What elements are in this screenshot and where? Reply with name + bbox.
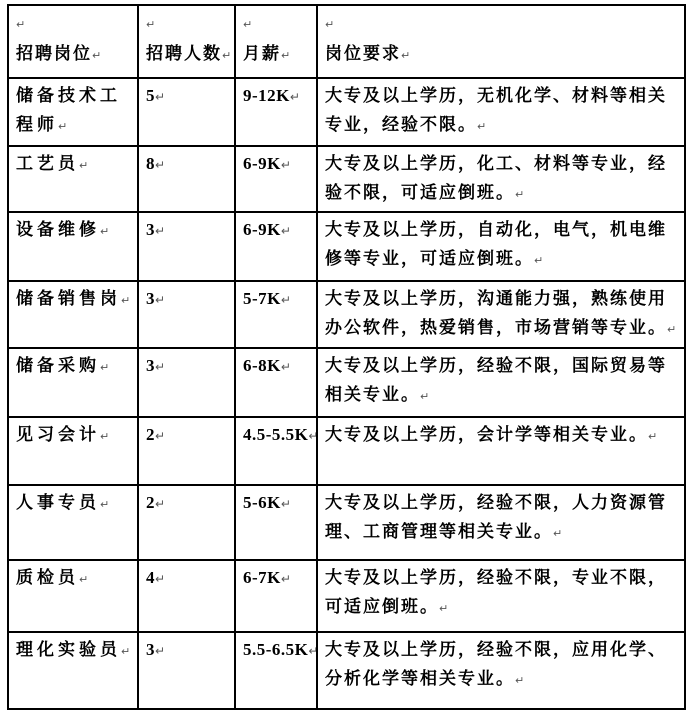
return-mark-icon: ↵ [79, 573, 88, 586]
requirements-cell: 大专及以上学历，会计学等相关专业。↵ [317, 417, 685, 485]
headcount-text: 3 [146, 640, 155, 659]
salary-text: 6-9K [243, 154, 281, 173]
return-mark-icon: ↵ [439, 602, 448, 615]
requirements-cell: 大专及以上学历，经验不限，应用化学、分析化学等相关专业。↵ [317, 632, 685, 709]
header-cell-headcount: ↵ 招聘人数↵ [138, 5, 235, 78]
position-cell: 储备销售岗↵ [8, 281, 138, 348]
table-row: 见习会计↵ 2↵ 4.5-5.5K↵ 大专及以上学历，会计学等相关专业。↵ [8, 417, 685, 485]
salary-cell: 9-12K↵ [235, 78, 317, 146]
salary-cell: 6-7K↵ [235, 560, 317, 632]
return-mark-icon: ↵ [79, 159, 88, 172]
return-mark-icon: ↵ [16, 18, 25, 31]
requirements-text: 大专及以上学历，自动化，电气，机电维修等专业，可适应倒班。 [325, 220, 667, 268]
return-mark-icon: ↵ [222, 49, 231, 62]
return-mark-icon: ↵ [648, 430, 657, 443]
table-row: 工艺员↵ 8↵ 6-9K↵ 大专及以上学历，化工、材料等专业，经验不限，可适应倒… [8, 146, 685, 212]
salary-text: 4.5-5.5K [243, 425, 308, 444]
return-mark-icon: ↵ [281, 49, 290, 62]
return-mark-icon: ↵ [325, 18, 334, 31]
header-label-position: 招聘岗位 [16, 44, 92, 63]
return-mark-icon: ↵ [515, 188, 524, 201]
salary-text: 5-7K [243, 289, 281, 308]
requirements-text: 大专及以上学历，无机化学、材料等相关专业，经验不限。 [325, 86, 667, 134]
header-cell-position: ↵ 招聘岗位↵ [8, 5, 138, 78]
headcount-text: 2 [146, 425, 155, 444]
requirements-cell: 大专及以上学历，经验不限，专业不限，可适应倒班。↵ [317, 560, 685, 632]
return-mark-icon: ↵ [420, 390, 429, 403]
return-mark-icon: ↵ [515, 674, 524, 687]
position-text: 质检员 [16, 568, 79, 587]
headcount-cell: 2↵ [138, 417, 235, 485]
requirements-cell: 大专及以上学历，沟通能力强，熟练使用办公软件，热爱销售，市场营销等专业。↵ [317, 281, 685, 348]
table-row: 储备销售岗↵ 3↵ 5-7K↵ 大专及以上学历，沟通能力强，熟练使用办公软件，热… [8, 281, 685, 348]
return-mark-icon: ↵ [155, 497, 165, 511]
return-mark-icon: ↵ [100, 361, 109, 374]
return-mark-icon: ↵ [281, 497, 291, 511]
table-row: 质检员↵ 4↵ 6-7K↵ 大专及以上学历，经验不限，专业不限，可适应倒班。↵ [8, 560, 685, 632]
salary-text: 6-7K [243, 568, 281, 587]
return-mark-icon: ↵ [553, 527, 562, 540]
header-label-salary: 月薪 [243, 44, 281, 63]
requirements-text: 大专及以上学历，化工、材料等专业，经验不限，可适应倒班。 [325, 154, 667, 202]
return-mark-icon: ↵ [243, 18, 252, 31]
return-mark-icon: ↵ [155, 158, 165, 172]
headcount-text: 3 [146, 356, 155, 375]
return-mark-icon: ↵ [155, 644, 165, 658]
salary-cell: 5-7K↵ [235, 281, 317, 348]
recruitment-table: ↵ 招聘岗位↵ ↵ 招聘人数↵ ↵ 月薪↵ ↵ 岗位要求↵ 储备技术工程师↵ [7, 4, 686, 710]
requirements-text: 大专及以上学历，经验不限，人力资源管理、工商管理等相关专业。 [325, 493, 667, 541]
table-row: 储备技术工程师↵ 5↵ 9-12K↵ 大专及以上学历，无机化学、材料等相关专业，… [8, 78, 685, 146]
position-text: 人事专员 [16, 493, 100, 512]
return-mark-icon: ↵ [401, 49, 410, 62]
header-cell-salary: ↵ 月薪↵ [235, 5, 317, 78]
return-mark-icon: ↵ [121, 294, 130, 307]
headcount-text: 3 [146, 289, 155, 308]
return-mark-icon: ↵ [308, 429, 317, 443]
salary-text: 6-9K [243, 220, 281, 239]
return-mark-icon: ↵ [146, 18, 155, 31]
position-text: 储备技术工程师 [16, 86, 121, 134]
return-mark-icon: ↵ [121, 645, 130, 658]
header-label-requirements: 岗位要求 [325, 44, 401, 63]
return-mark-icon: ↵ [155, 293, 165, 307]
return-mark-icon: ↵ [308, 644, 317, 658]
headcount-cell: 4↵ [138, 560, 235, 632]
requirements-cell: 大专及以上学历，化工、材料等专业，经验不限，可适应倒班。↵ [317, 146, 685, 212]
requirements-text: 大专及以上学历，经验不限，应用化学、分析化学等相关专业。 [325, 640, 667, 688]
return-mark-icon: ↵ [281, 360, 291, 374]
position-cell: 见习会计↵ [8, 417, 138, 485]
position-cell: 人事专员↵ [8, 485, 138, 560]
headcount-cell: 3↵ [138, 281, 235, 348]
salary-text: 9-12K [243, 86, 290, 105]
position-text: 设备维修 [16, 220, 100, 239]
position-text: 储备采购 [16, 356, 100, 375]
return-mark-icon: ↵ [477, 120, 486, 133]
return-mark-icon: ↵ [534, 254, 543, 267]
return-mark-icon: ↵ [281, 572, 291, 586]
salary-text: 5.5-6.5K [243, 640, 308, 659]
return-mark-icon: ↵ [155, 224, 165, 238]
return-mark-icon: ↵ [155, 360, 165, 374]
position-cell: 工艺员↵ [8, 146, 138, 212]
salary-cell: 6-8K↵ [235, 348, 317, 417]
return-mark-icon: ↵ [281, 158, 291, 172]
salary-cell: 4.5-5.5K↵ [235, 417, 317, 485]
header-row: ↵ 招聘岗位↵ ↵ 招聘人数↵ ↵ 月薪↵ ↵ 岗位要求↵ [8, 5, 685, 78]
return-mark-icon: ↵ [100, 498, 109, 511]
headcount-text: 5 [146, 86, 155, 105]
requirements-text: 大专及以上学历，会计学等相关专业。 [325, 425, 648, 444]
headcount-cell: 8↵ [138, 146, 235, 212]
position-text: 储备销售岗 [16, 289, 121, 308]
salary-text: 5-6K [243, 493, 281, 512]
salary-cell: 6-9K↵ [235, 212, 317, 281]
document-page: ↵ 招聘岗位↵ ↵ 招聘人数↵ ↵ 月薪↵ ↵ 岗位要求↵ 储备技术工程师↵ [0, 0, 692, 710]
salary-text: 6-8K [243, 356, 281, 375]
return-mark-icon: ↵ [100, 225, 109, 238]
position-cell: 质检员↵ [8, 560, 138, 632]
position-text: 理化实验员 [16, 640, 121, 659]
headcount-cell: 2↵ [138, 485, 235, 560]
table-row: 储备采购↵ 3↵ 6-8K↵ 大专及以上学历，经验不限，国际贸易等相关专业。↵ [8, 348, 685, 417]
salary-cell: 6-9K↵ [235, 146, 317, 212]
position-cell: 储备采购↵ [8, 348, 138, 417]
return-mark-icon: ↵ [155, 90, 165, 104]
position-text: 见习会计 [16, 425, 100, 444]
header-cell-requirements: ↵ 岗位要求↵ [317, 5, 685, 78]
table-body: 储备技术工程师↵ 5↵ 9-12K↵ 大专及以上学历，无机化学、材料等相关专业，… [8, 78, 685, 709]
return-mark-icon: ↵ [290, 90, 300, 104]
headcount-text: 2 [146, 493, 155, 512]
requirements-cell: 大专及以上学历，经验不限，人力资源管理、工商管理等相关专业。↵ [317, 485, 685, 560]
requirements-cell: 大专及以上学历，经验不限，国际贸易等相关专业。↵ [317, 348, 685, 417]
return-mark-icon: ↵ [281, 293, 291, 307]
salary-cell: 5-6K↵ [235, 485, 317, 560]
return-mark-icon: ↵ [155, 572, 165, 586]
requirements-cell: 大专及以上学历，无机化学、材料等相关专业，经验不限。↵ [317, 78, 685, 146]
position-cell: 设备维修↵ [8, 212, 138, 281]
return-mark-icon: ↵ [667, 323, 676, 336]
headcount-cell: 5↵ [138, 78, 235, 146]
position-cell: 储备技术工程师↵ [8, 78, 138, 146]
table-row: 理化实验员↵ 3↵ 5.5-6.5K↵ 大专及以上学历，经验不限，应用化学、分析… [8, 632, 685, 709]
return-mark-icon: ↵ [92, 49, 101, 62]
return-mark-icon: ↵ [100, 430, 109, 443]
table-row: 人事专员↵ 2↵ 5-6K↵ 大专及以上学历，经验不限，人力资源管理、工商管理等… [8, 485, 685, 560]
headcount-cell: 3↵ [138, 212, 235, 281]
headcount-cell: 3↵ [138, 348, 235, 417]
return-mark-icon: ↵ [281, 224, 291, 238]
return-mark-icon: ↵ [58, 120, 67, 133]
table-row: 设备维修↵ 3↵ 6-9K↵ 大专及以上学历，自动化，电气，机电维修等专业，可适… [8, 212, 685, 281]
headcount-text: 3 [146, 220, 155, 239]
requirements-text: 大专及以上学历，沟通能力强，熟练使用办公软件，热爱销售，市场营销等专业。 [325, 289, 667, 337]
headcount-cell: 3↵ [138, 632, 235, 709]
position-cell: 理化实验员↵ [8, 632, 138, 709]
header-label-headcount: 招聘人数 [146, 44, 222, 63]
position-text: 工艺员 [16, 154, 79, 173]
requirements-text: 大专及以上学历，经验不限，专业不限，可适应倒班。 [325, 568, 667, 616]
headcount-text: 8 [146, 154, 155, 173]
return-mark-icon: ↵ [155, 429, 165, 443]
headcount-text: 4 [146, 568, 155, 587]
salary-cell: 5.5-6.5K↵ [235, 632, 317, 709]
requirements-cell: 大专及以上学历，自动化，电气，机电维修等专业，可适应倒班。↵ [317, 212, 685, 281]
requirements-text: 大专及以上学历，经验不限，国际贸易等相关专业。 [325, 356, 667, 404]
